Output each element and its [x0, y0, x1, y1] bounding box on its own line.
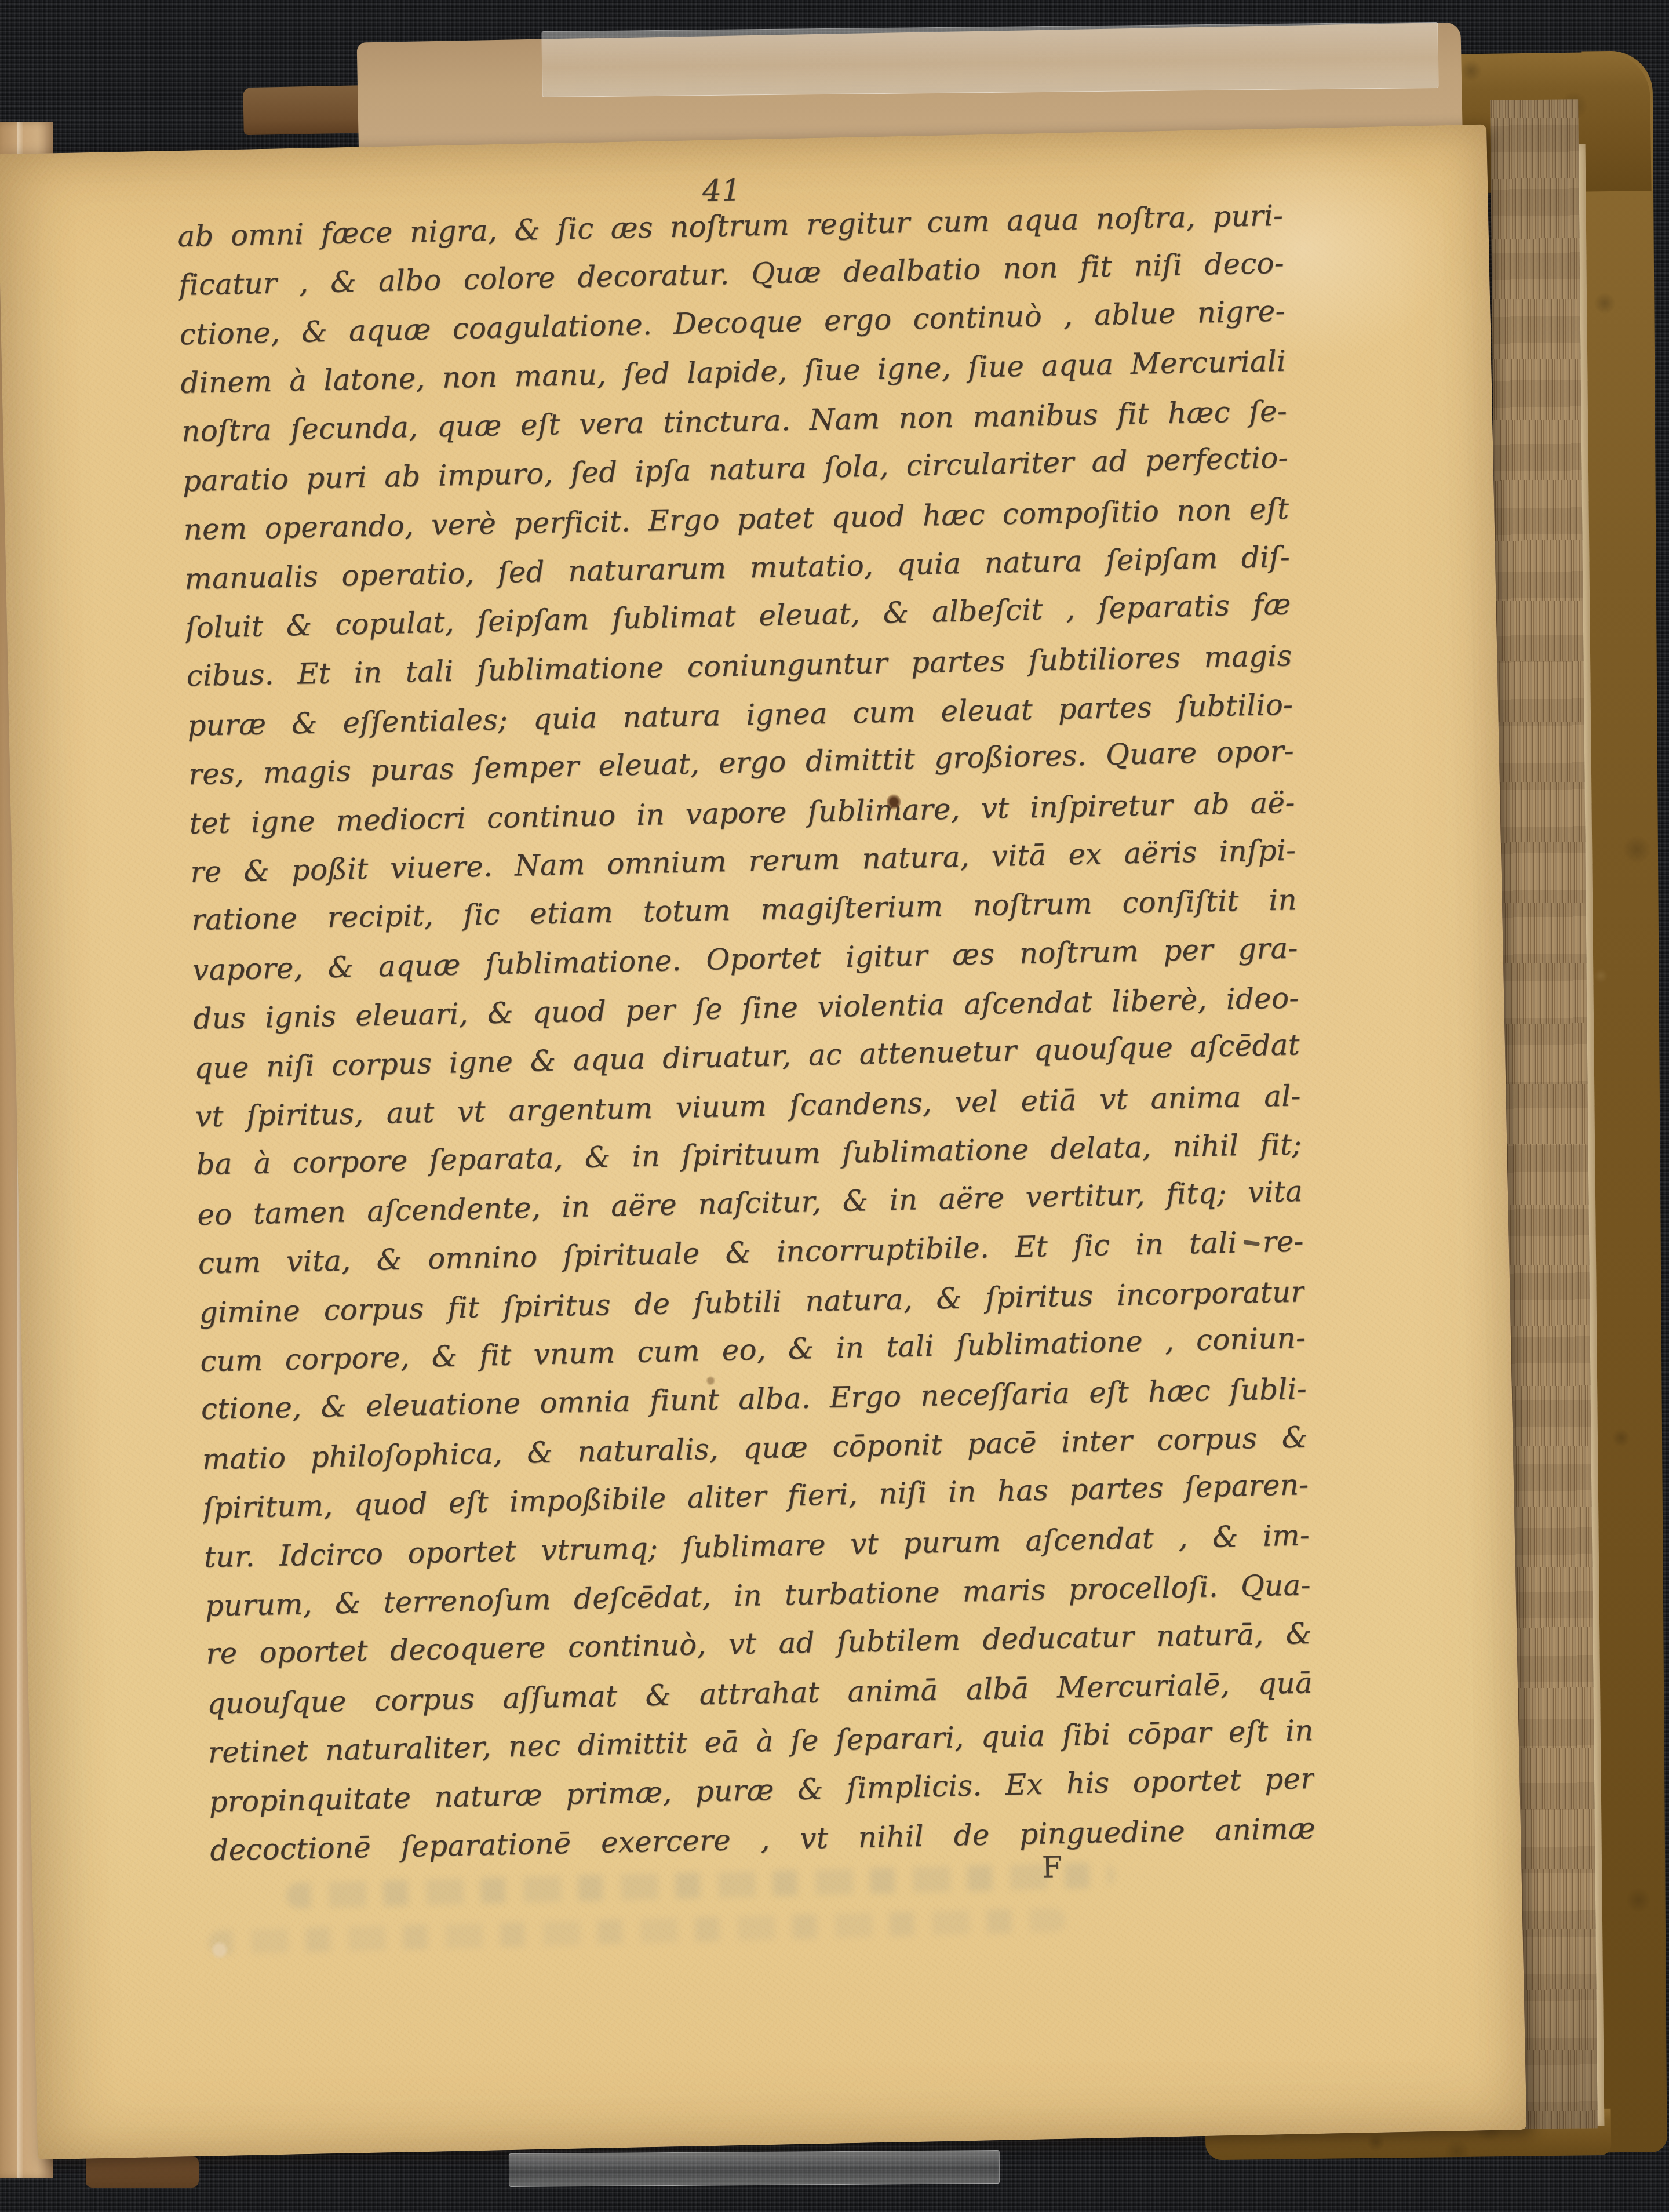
leather-fragment-bottom-left — [86, 2156, 199, 2188]
book-scan-photo: 41 ab omni fæce nigra, & ſic æs noſtrum … — [0, 0, 1669, 2212]
body-text: ab omni fæce nigra, & ſic æs noſtrum reg… — [177, 190, 1316, 1875]
glassine-film-top — [541, 22, 1438, 97]
glassine-film-bottom — [509, 2150, 1000, 2187]
book-page: 41 ab omni fæce nigra, & ſic æs noſtrum … — [0, 125, 1526, 2160]
